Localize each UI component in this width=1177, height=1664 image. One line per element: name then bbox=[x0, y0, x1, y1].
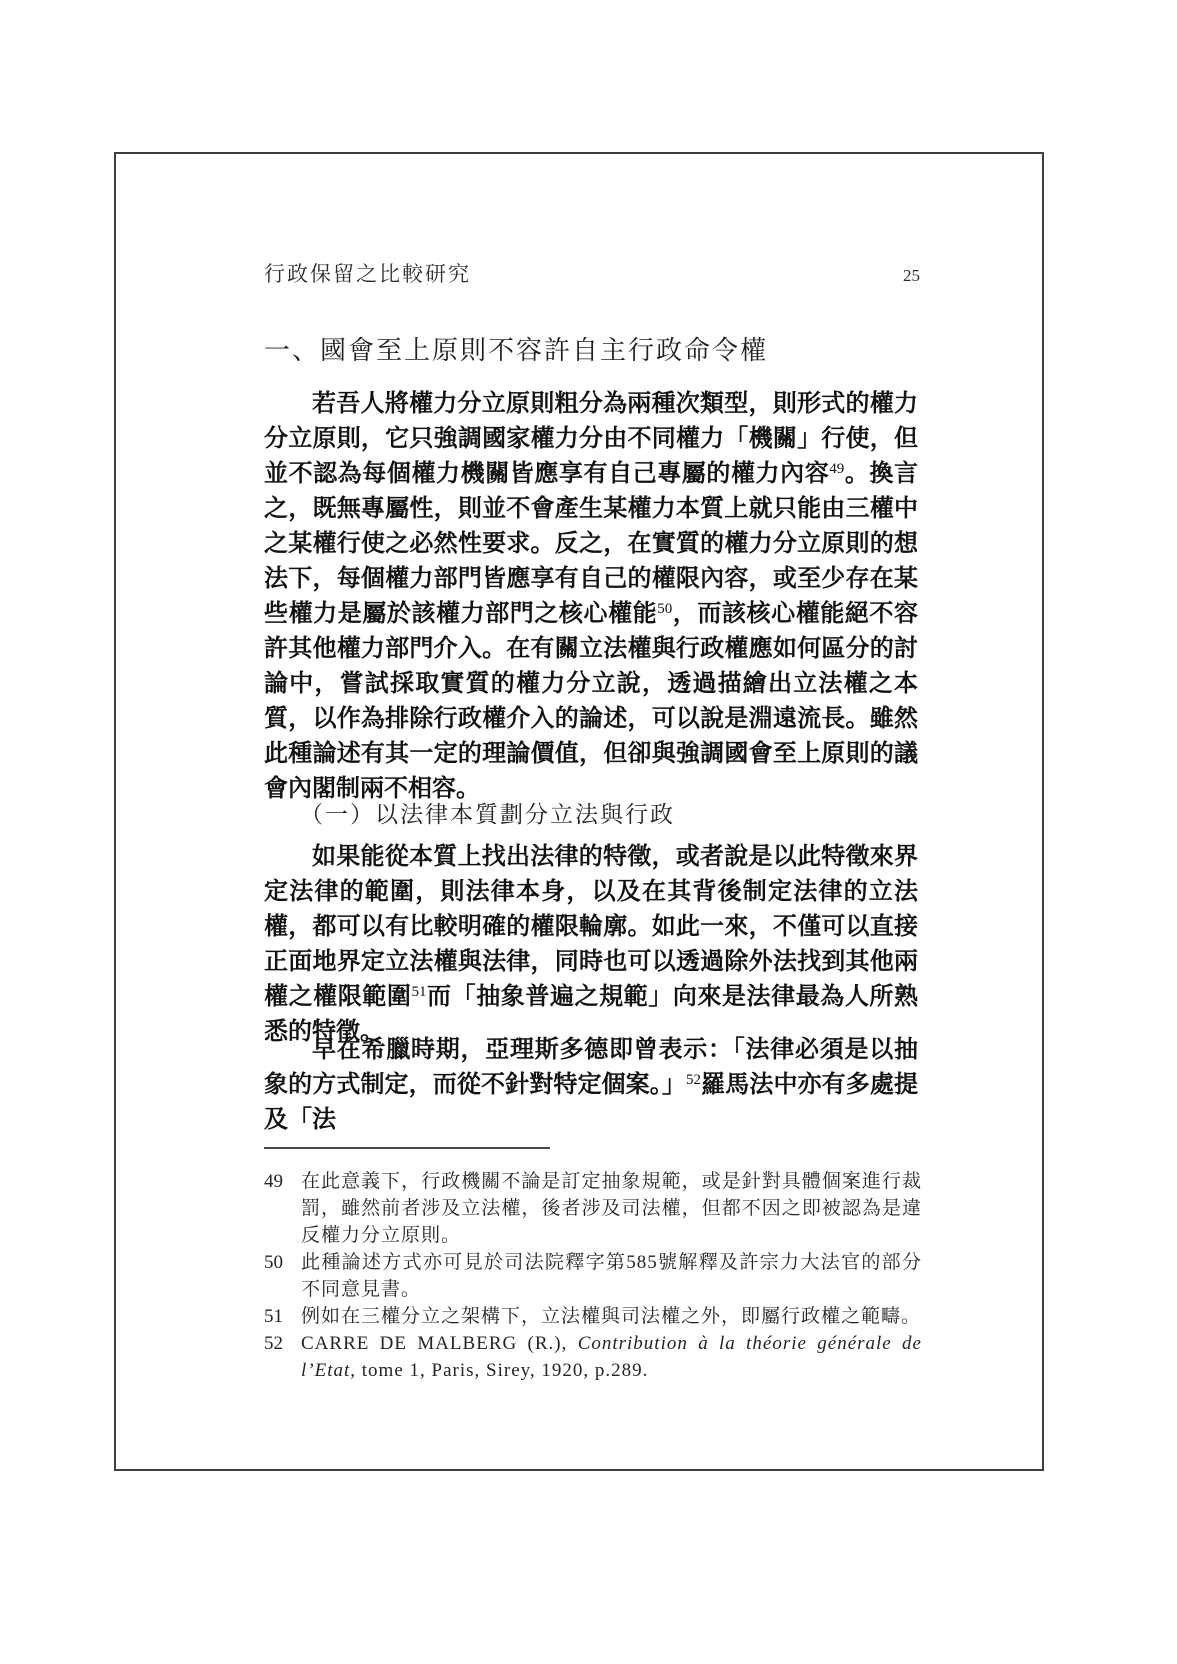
section-heading: 一、國會至上原則不容許自主行政命令權 bbox=[264, 330, 944, 367]
body-paragraph-3: 早在希臘時期，亞理斯多德即曾表示：「法律必須是以抽象的方式制定，而從不針對特定個… bbox=[264, 1032, 918, 1137]
subsection-heading: （一）以法律本質劃分立法與行政 bbox=[264, 796, 940, 829]
footnote-item: 51 例如在三權分立之架構下，立法權與司法權之外，即屬行政權之範疇。 bbox=[264, 1303, 922, 1330]
footnote-item: 50 此種論述方式亦可見於司法院釋字第585號解釋及許宗力大法官的部分不同意見書… bbox=[264, 1249, 922, 1303]
text-run: CARRE DE MALBERG (R.), bbox=[301, 1333, 578, 1354]
footnote-item: 49 在此意義下，行政機關不論是訂定抽象規範，或是針對具體個案進行裁罰，雖然前者… bbox=[264, 1168, 922, 1249]
body-paragraph-2: 如果能從本質上找出法律的特徵，或者說是以此特徵來界定法律的範圍，則法律本身，以及… bbox=[264, 839, 918, 1049]
footnote-reference: 49 bbox=[829, 461, 844, 477]
text-run: , tome 1, Paris, Sirey, 1920, p.289. bbox=[350, 1360, 648, 1381]
text-run: ，而該核心權能絕不容許其他權力部門介入。在有關立法權與行政權應如何區分的討論中，… bbox=[264, 600, 918, 802]
footnote-item: 52 CARRE DE MALBERG (R.), Contribution à… bbox=[264, 1330, 922, 1384]
footnote-text: 此種論述方式亦可見於司法院釋字第585號解釋及許宗力大法官的部分不同意見書。 bbox=[301, 1252, 922, 1300]
text-run: 例如在三權分立之架構下，立法權與司法權之外，即屬行政權之範疇。 bbox=[301, 1306, 921, 1327]
footnote-reference: 51 bbox=[411, 984, 426, 1000]
footnote-number: 51 bbox=[264, 1303, 283, 1330]
scanned-page-frame: 行政保留之比較研究 25 一、國會至上原則不容許自主行政命令權 若吾人將權力分立… bbox=[114, 152, 1044, 1471]
footnote-reference: 50 bbox=[657, 601, 672, 617]
text-run: 此種論述方式亦可見於司法院釋字第585號解釋及許宗力大法官的部分不同意見書。 bbox=[301, 1252, 922, 1300]
body-paragraph-1: 若吾人將權力分立原則粗分為兩種次類型，則形式的權力分立原則，它只強調國家權力分由… bbox=[264, 386, 918, 806]
page-number: 25 bbox=[903, 266, 920, 286]
footnote-number: 50 bbox=[264, 1249, 283, 1276]
text-run: 在此意義下，行政機關不論是訂定抽象規範，或是針對具體個案進行裁罰，雖然前者涉及立… bbox=[301, 1171, 922, 1246]
footnotes-block: 49 在此意義下，行政機關不論是訂定抽象規範，或是針對具體個案進行裁罰，雖然前者… bbox=[264, 1168, 922, 1384]
footnote-number: 52 bbox=[264, 1330, 283, 1357]
text-run: 若吾人將權力分立原則粗分為兩種次類型，則形式的權力分立原則，它只強調國家權力分由… bbox=[264, 390, 918, 487]
footnote-separator-rule bbox=[264, 1147, 550, 1149]
footnote-reference: 52 bbox=[686, 1072, 701, 1088]
footnote-number: 49 bbox=[264, 1168, 283, 1195]
running-title: 行政保留之比較研究 bbox=[264, 258, 471, 288]
footnote-text: 在此意義下，行政機關不論是訂定抽象規範，或是針對具體個案進行裁罰，雖然前者涉及立… bbox=[301, 1171, 922, 1246]
footnote-text: CARRE DE MALBERG (R.), Contribution à la… bbox=[301, 1333, 922, 1381]
footnote-text: 例如在三權分立之架構下，立法權與司法權之外，即屬行政權之範疇。 bbox=[301, 1306, 921, 1327]
page-header: 行政保留之比較研究 25 bbox=[264, 258, 920, 288]
